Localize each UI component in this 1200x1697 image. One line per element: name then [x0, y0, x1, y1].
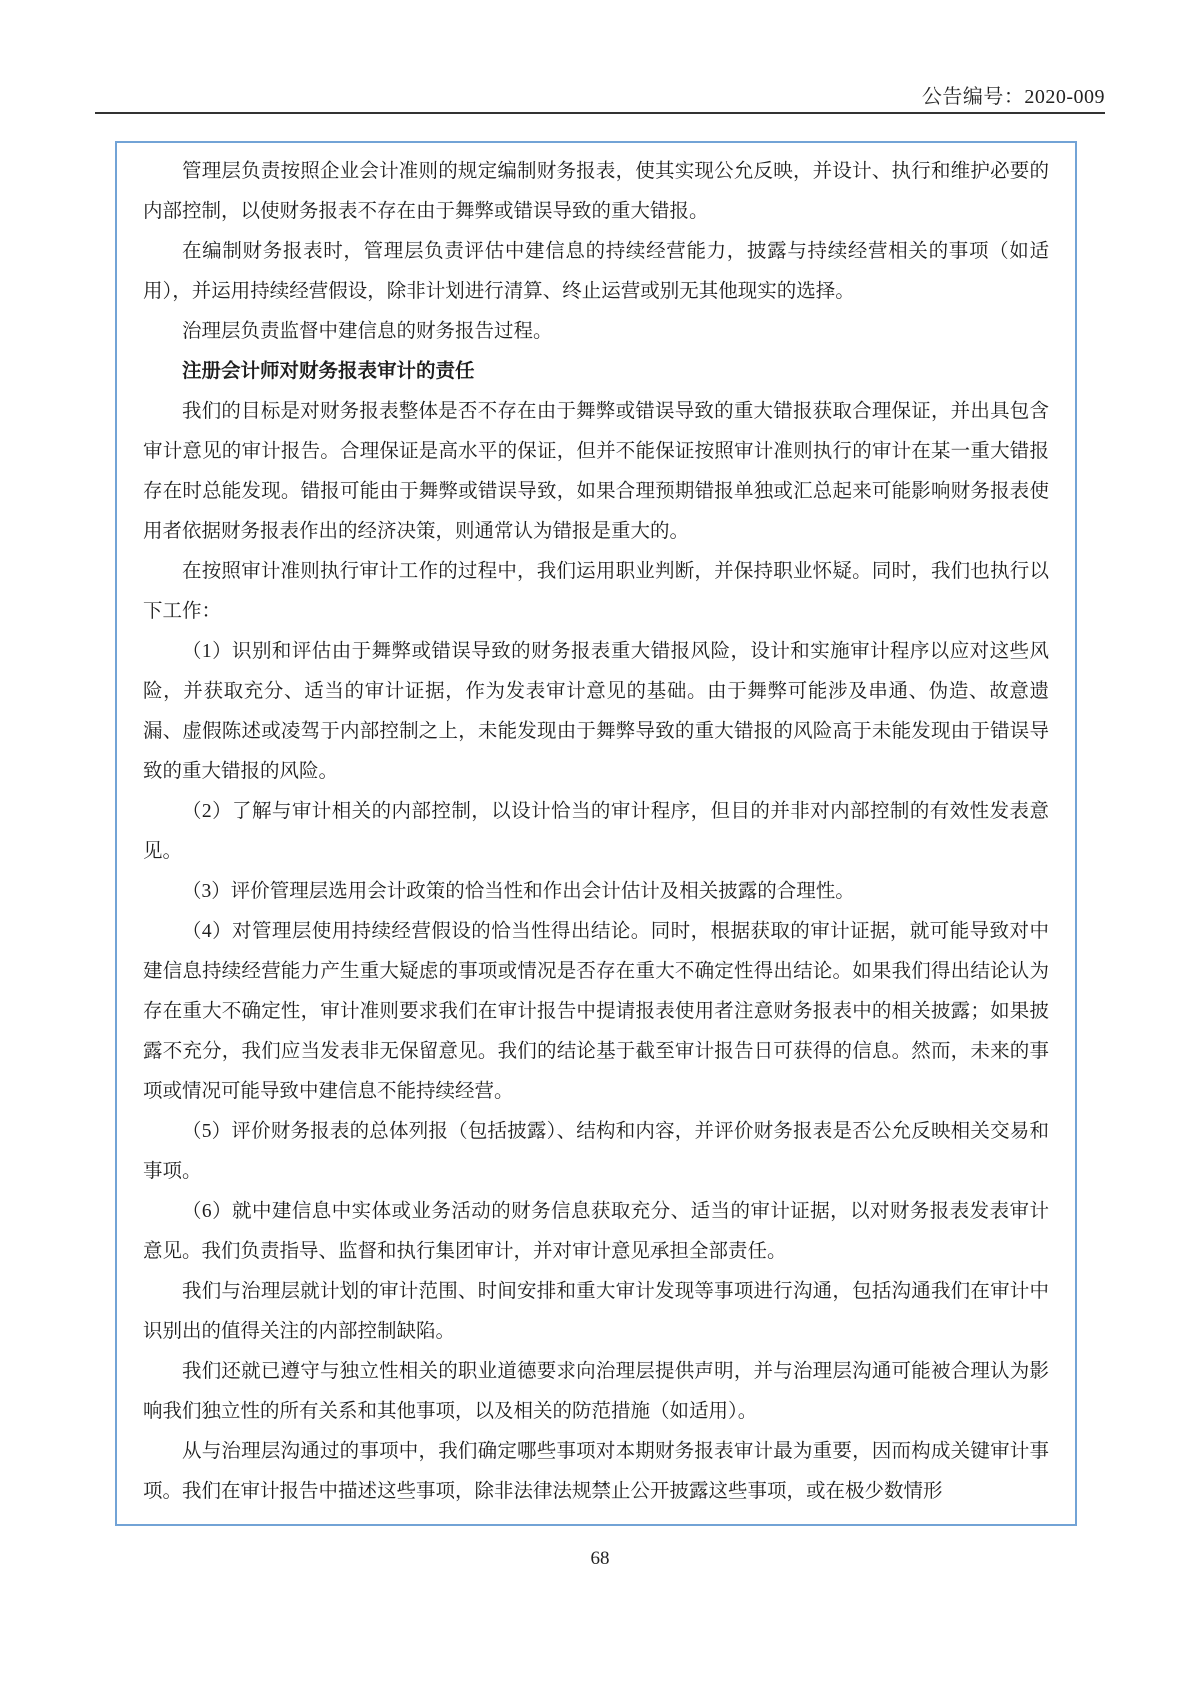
paragraph: （3）评价管理层选用会计政策的恰当性和作出会计估计及相关披露的合理性。 [143, 872, 1049, 912]
paragraph: （6）就中建信息中实体或业务活动的财务信息获取充分、适当的审计证据，以对财务报表… [143, 1192, 1049, 1272]
paragraph: 在按照审计准则执行审计工作的过程中，我们运用职业判断，并保持职业怀疑。同时，我们… [143, 552, 1049, 632]
paragraph: 治理层负责监督中建信息的财务报告过程。 [143, 312, 1049, 352]
section-heading: 注册会计师对财务报表审计的责任 [143, 352, 1049, 392]
header-divider-line [95, 112, 1105, 114]
document-text-box: 管理层负责按照企业会计准则的规定编制财务报表，使其实现公允反映，并设计、执行和维… [115, 141, 1077, 1526]
paragraph: （2）了解与审计相关的内部控制，以设计恰当的审计程序，但目的并非对内部控制的有效… [143, 792, 1049, 872]
paragraph: （1）识别和评估由于舞弊或错误导致的财务报表重大错报风险，设计和实施审计程序以应… [143, 632, 1049, 792]
page-number: 68 [95, 1548, 1105, 1570]
paragraph: 管理层负责按照企业会计准则的规定编制财务报表，使其实现公允反映，并设计、执行和维… [143, 152, 1049, 232]
paragraph: 我们的目标是对财务报表整体是否不存在由于舞弊或错误导致的重大错报获取合理保证，并… [143, 392, 1049, 552]
paragraph: 我们还就已遵守与独立性相关的职业道德要求向治理层提供声明，并与治理层沟通可能被合… [143, 1352, 1049, 1432]
paragraph: 我们与治理层就计划的审计范围、时间安排和重大审计发现等事项进行沟通，包括沟通我们… [143, 1272, 1049, 1352]
paragraph: （5）评价财务报表的总体列报（包括披露）、结构和内容，并评价财务报表是否公允反映… [143, 1112, 1049, 1192]
paragraph: 在编制财务报表时，管理层负责评估中建信息的持续经营能力，披露与持续经营相关的事项… [143, 232, 1049, 312]
announcement-number: 公告编号：2020-009 [95, 80, 1105, 109]
paragraph: （4）对管理层使用持续经营假设的恰当性得出结论。同时，根据获取的审计证据，就可能… [143, 912, 1049, 1112]
paragraph-list: 管理层负责按照企业会计准则的规定编制财务报表，使其实现公允反映，并设计、执行和维… [143, 152, 1049, 1512]
paragraph: 从与治理层沟通过的事项中，我们确定哪些事项对本期财务报表审计最为重要，因而构成关… [143, 1432, 1049, 1512]
